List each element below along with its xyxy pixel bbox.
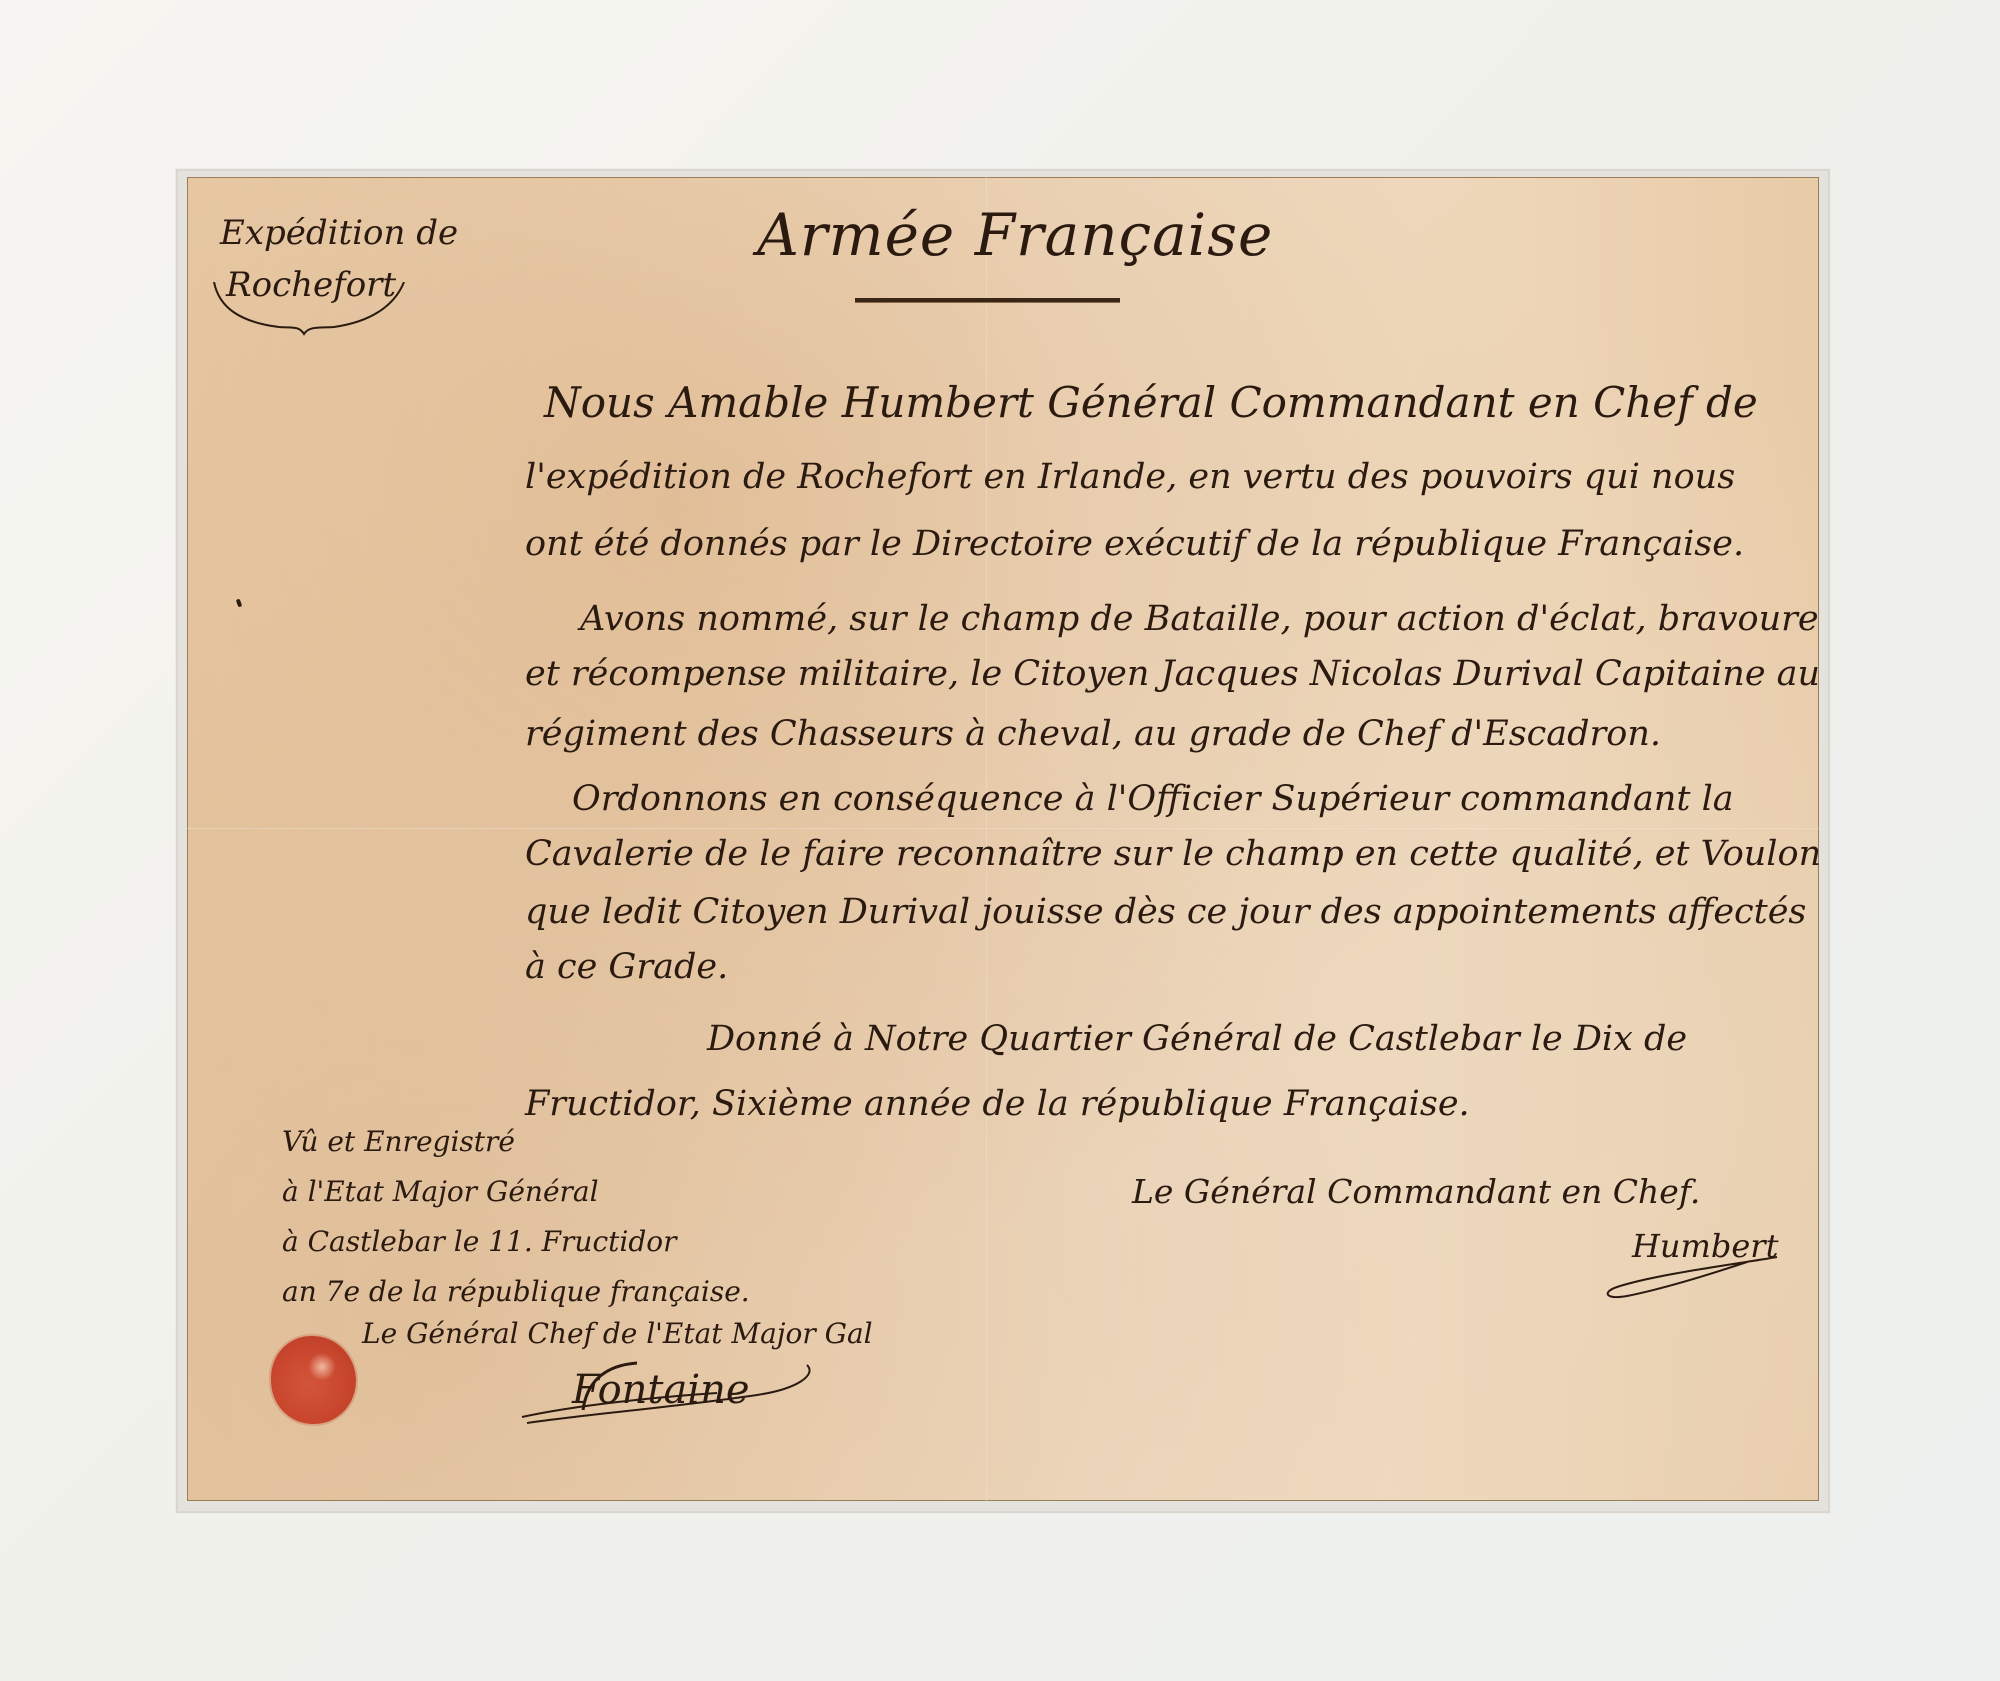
intro-line-2: l'expédition de Rochefort en Irlande, en… xyxy=(525,460,1735,495)
registration-line-4: an 7e de la république française. xyxy=(282,1267,750,1317)
flourish-icon xyxy=(209,282,409,342)
corner-note-line-1: Expédition de xyxy=(220,207,458,259)
document-heading: Armée Française xyxy=(757,201,1273,269)
nomination-line-2: et récompense militaire, le Citoyen Jacq… xyxy=(525,657,1819,692)
wax-seal xyxy=(271,1336,356,1424)
signature-flourish-icon xyxy=(1597,1252,1787,1302)
signature-paraph-icon xyxy=(517,1355,837,1425)
registration-line-3: à Castlebar le 11. Fructidor xyxy=(282,1217,750,1267)
nomination-line-1: Avons nommé, sur le champ de Bataille, p… xyxy=(580,602,1819,637)
intro-line-3: ont été donnés par le Directoire exécuti… xyxy=(525,527,1744,562)
registration-line-2: à l'Etat Major Général xyxy=(282,1167,750,1217)
signature-title: Le Général Commandant en Chef. xyxy=(1132,1175,1700,1208)
registration-title: Le Général Chef de l'Etat Major Gal xyxy=(362,1317,873,1350)
fold-line-horizontal xyxy=(187,827,1819,830)
order-line-1: Ordonnons en conséquence à l'Officier Su… xyxy=(572,782,1734,817)
order-line-4: à ce Grade. xyxy=(525,950,728,985)
order-line-2: Cavalerie de le faire reconnaître sur le… xyxy=(525,837,1819,872)
given-at-line-1: Donné à Notre Quartier Général de Castle… xyxy=(707,1022,1687,1057)
intro-line-1: Nous Amable Humbert Général Commandant e… xyxy=(544,382,1758,424)
registration-line-1: Vû et Enregistré xyxy=(282,1117,750,1167)
nomination-line-3: régiment des Chasseurs à cheval, au grad… xyxy=(525,717,1661,752)
order-line-3: que ledit Citoyen Durival jouisse dès ce… xyxy=(525,895,1806,930)
document-paper: Expédition de Rochefort Armée Française … xyxy=(187,177,1819,1501)
ink-mark xyxy=(236,599,242,608)
intro-line-1-text: Nous Amable Humbert Général Commandant e… xyxy=(544,378,1758,427)
registration-block: Vû et Enregistré à l'Etat Major Général … xyxy=(282,1117,750,1317)
heading-underline xyxy=(855,298,1120,303)
